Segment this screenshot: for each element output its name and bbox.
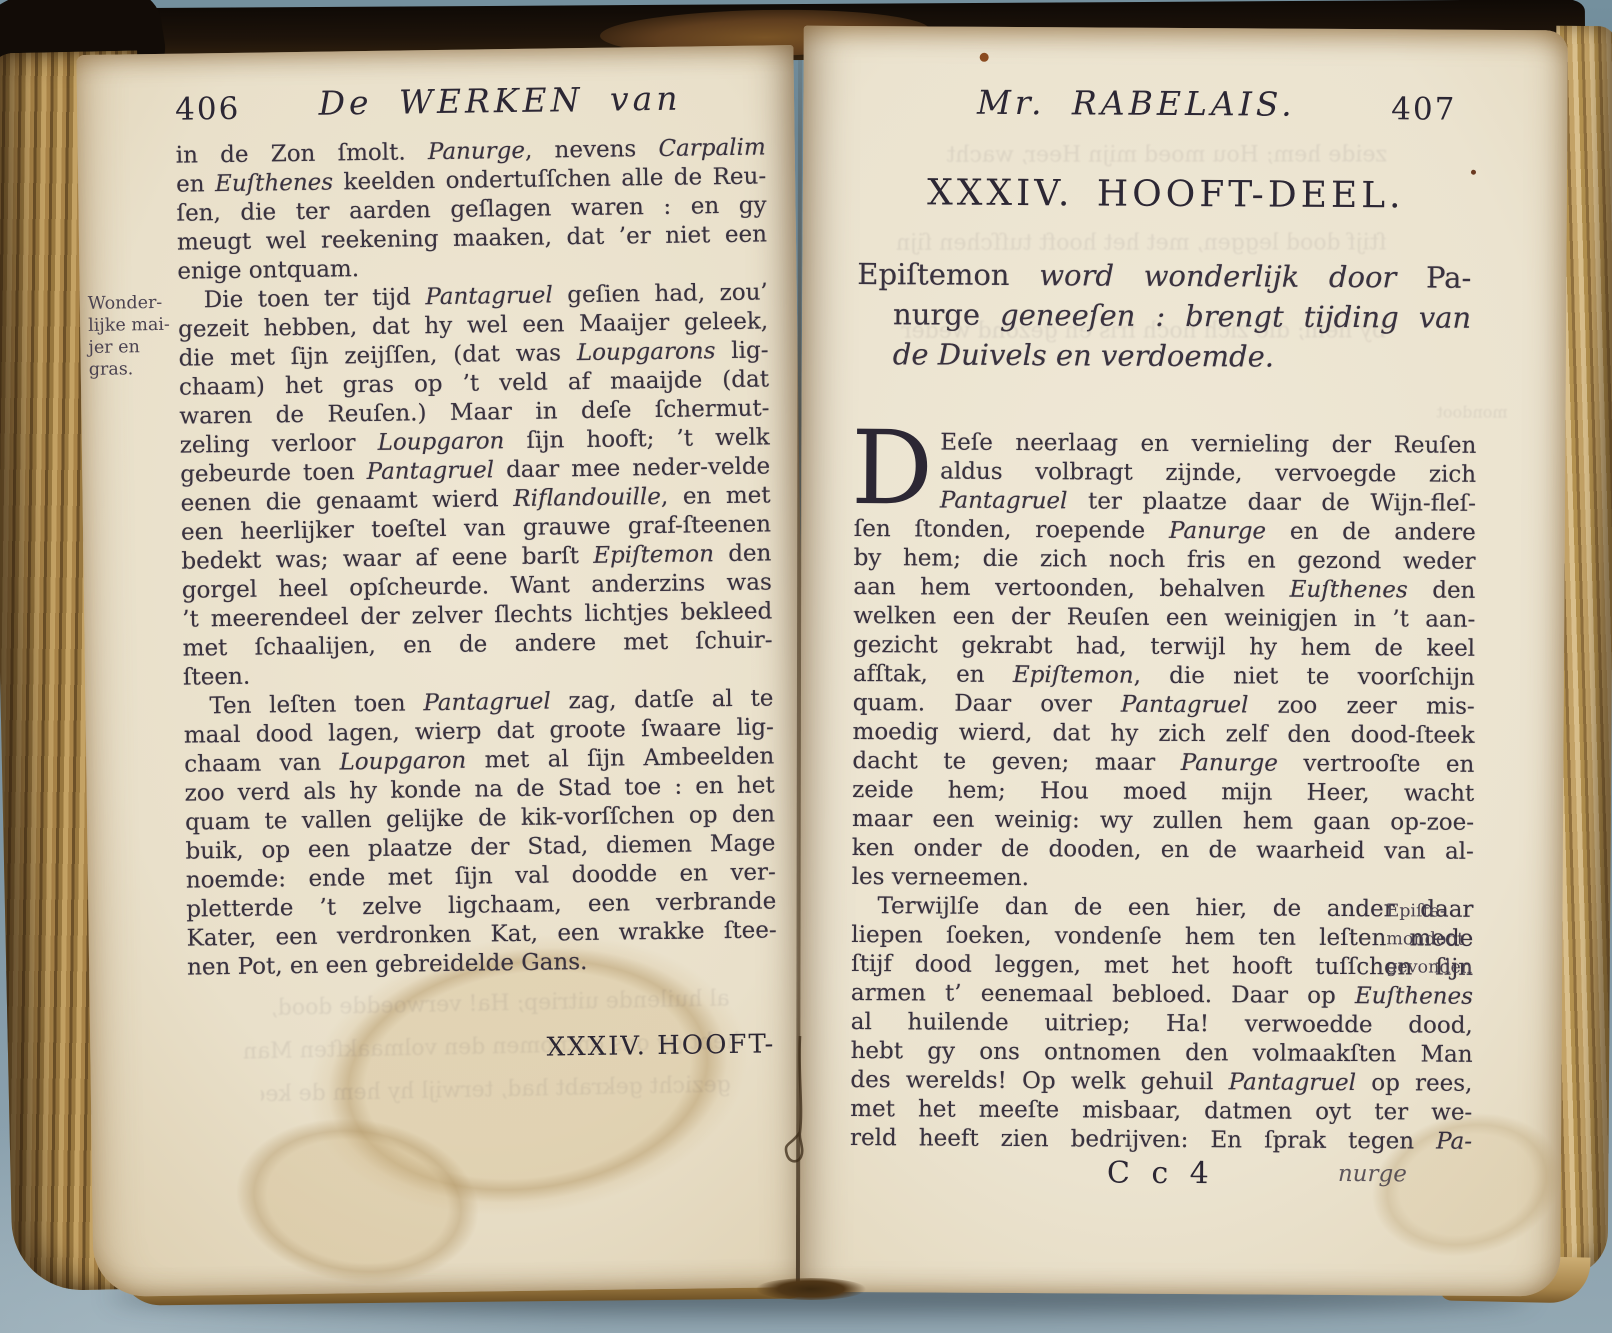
text-line: gezicht gekrabt had, terwijl hy hem de k… (853, 631, 1475, 664)
text-line: liepen ſoeken, vondenſe hem ten leſten m… (851, 921, 1473, 954)
page-text: in de Zon ſmolt. Panurge, nevens Carpali… (176, 133, 778, 982)
text-line: Epiſtemon word wonderlijk door Pa- (857, 254, 1471, 298)
right-page: zeide hem; Hou moed mijn Heer, wacht ſti… (796, 26, 1568, 1297)
text-line: dacht te geven; maar Panurge vertrooſte … (852, 747, 1474, 780)
rust-speck (980, 53, 989, 62)
show-through-text: mondoot (1398, 402, 1508, 424)
text-line: zeide hem; Hou moed mijn Heer, wacht (852, 776, 1474, 809)
text-line: des werelds! Op welk gehuil Pantagruel o… (850, 1066, 1472, 1099)
right-page-header: Mr. RABELAIS. 407 (856, 82, 1476, 125)
text-line: welken een der Reuſen een weinigjen in ’… (853, 602, 1475, 635)
page-number: 407 (1391, 91, 1456, 127)
paragraph: Epiſtemon word wonderlijk door Pa-nurge … (857, 254, 1472, 378)
text-line: met het meeſte misbaar, datmen oyt ter w… (850, 1095, 1472, 1128)
show-through-text: zeide hem; Hou moed mijn Heer, wacht (847, 135, 1387, 175)
text-line: de Duivels en verdoemde. (857, 334, 1471, 378)
gutter-stain (756, 1278, 866, 1300)
paragraph: Die toen ter tijd Pantagruel geſien had,… (178, 278, 774, 692)
text-line: Pantagruel ter plaatze daar de Wijn-fleſ… (854, 486, 1476, 519)
catchword: XXXIV. HOOFT- (546, 1029, 775, 1062)
text-line: maar een weinig: wy zullen hem gaan op-z… (852, 805, 1474, 838)
page-number: 406 (175, 91, 241, 128)
text-line: by hem; die zich noch fris en gezond wed… (854, 544, 1476, 577)
text-line: ſen ſtonden, roepende Panurge en de ande… (854, 515, 1476, 548)
binding-thread (779, 1036, 823, 1216)
text-line: aan hem vertoonden, behalven Euſthenes d… (853, 573, 1475, 606)
text-line: hebt gy ons ontnomen den volmaakſten Man (851, 1037, 1473, 1070)
text-line: les verneemen. (852, 863, 1474, 896)
text-line: moedig wierd, dat hy zich zelf den dood-… (852, 718, 1474, 751)
show-through-text: gezicht gekrabt had, terwijl hy hem de k… (260, 1065, 731, 1115)
left-page-header: 406 De WERKEN van (175, 77, 765, 124)
paragraph: in de Zon ſmolt. Panurge, nevens Carpali… (176, 133, 768, 286)
margin-note-line: Epiſte- (1386, 897, 1506, 926)
text-line: aldus volbragt zijnde, vervoegde zich (854, 457, 1476, 490)
text-line: ſtijf dood leggen, met het hooft tuſſche… (851, 950, 1473, 983)
open-book-photo: al huilende uitriep; Ha! verwoedde dood,… (0, 0, 1612, 1333)
chapter-summary: Epiſtemon word wonderlijk door Pa-nurge … (857, 254, 1472, 378)
margin-note: Epiſte-mondootgevonden (1386, 897, 1507, 982)
text-line: ken onder de dooden, en de waarheid van … (852, 834, 1474, 867)
margin-note-line: gevonden (1386, 953, 1506, 982)
margin-note-line: jer en (88, 336, 176, 359)
running-title: Mr. RABELAIS. (856, 82, 1476, 125)
margin-note-line: Wonder- (88, 292, 176, 315)
rust-speck (1471, 170, 1476, 175)
text-line: reld heeft zien bedrijven: En ſprak tege… (850, 1124, 1472, 1157)
paragraph: Terwijlſe dan de een hier, de ander daar… (850, 892, 1474, 1157)
margin-note-line: mondoot (1386, 925, 1506, 954)
margin-note-line: lijke mai- (88, 314, 176, 337)
page-text: Eeſe neerlaag en vernieling der Reuſenal… (850, 428, 1476, 1157)
text-line: quam. Daar over Pantagruel zoo zeer mis- (853, 689, 1475, 722)
text-line: afſtak, en Epiſtemon, die niet te voorſc… (853, 660, 1475, 693)
text-line: Terwijlſe dan de een hier, de ander daar (851, 892, 1473, 925)
text-line: Eeſe neerlaag en vernieling der Reuſen (854, 428, 1476, 461)
left-page: al huilende uitriep; Ha! verwoedde dood,… (76, 45, 810, 1297)
show-through-text: al huilende uitriep; Ha! verwoedde dood, (249, 979, 730, 1029)
paragraph: Eeſe neerlaag en vernieling der Reuſenal… (852, 428, 1477, 896)
catchword: nurge (1317, 1161, 1407, 1188)
text-line: nurge geneeſen : brengt tijding van (857, 294, 1471, 338)
text-line: al huilende uitriep; Ha! verwoedde dood, (851, 1008, 1473, 1041)
text-line: armen t’ eenemaal bebloed. Daar op Euſth… (851, 979, 1473, 1012)
margin-note: Wonder-lijke mai-jer engras. (88, 292, 177, 381)
chapter-heading: XXXIV. HOOFT-DEEL. (856, 172, 1476, 217)
margin-note-line: gras. (89, 358, 177, 381)
paragraph: Ten leſten toen Pantagruel zag, datſe al… (183, 684, 777, 982)
running-title: De WERKEN van (175, 77, 765, 124)
